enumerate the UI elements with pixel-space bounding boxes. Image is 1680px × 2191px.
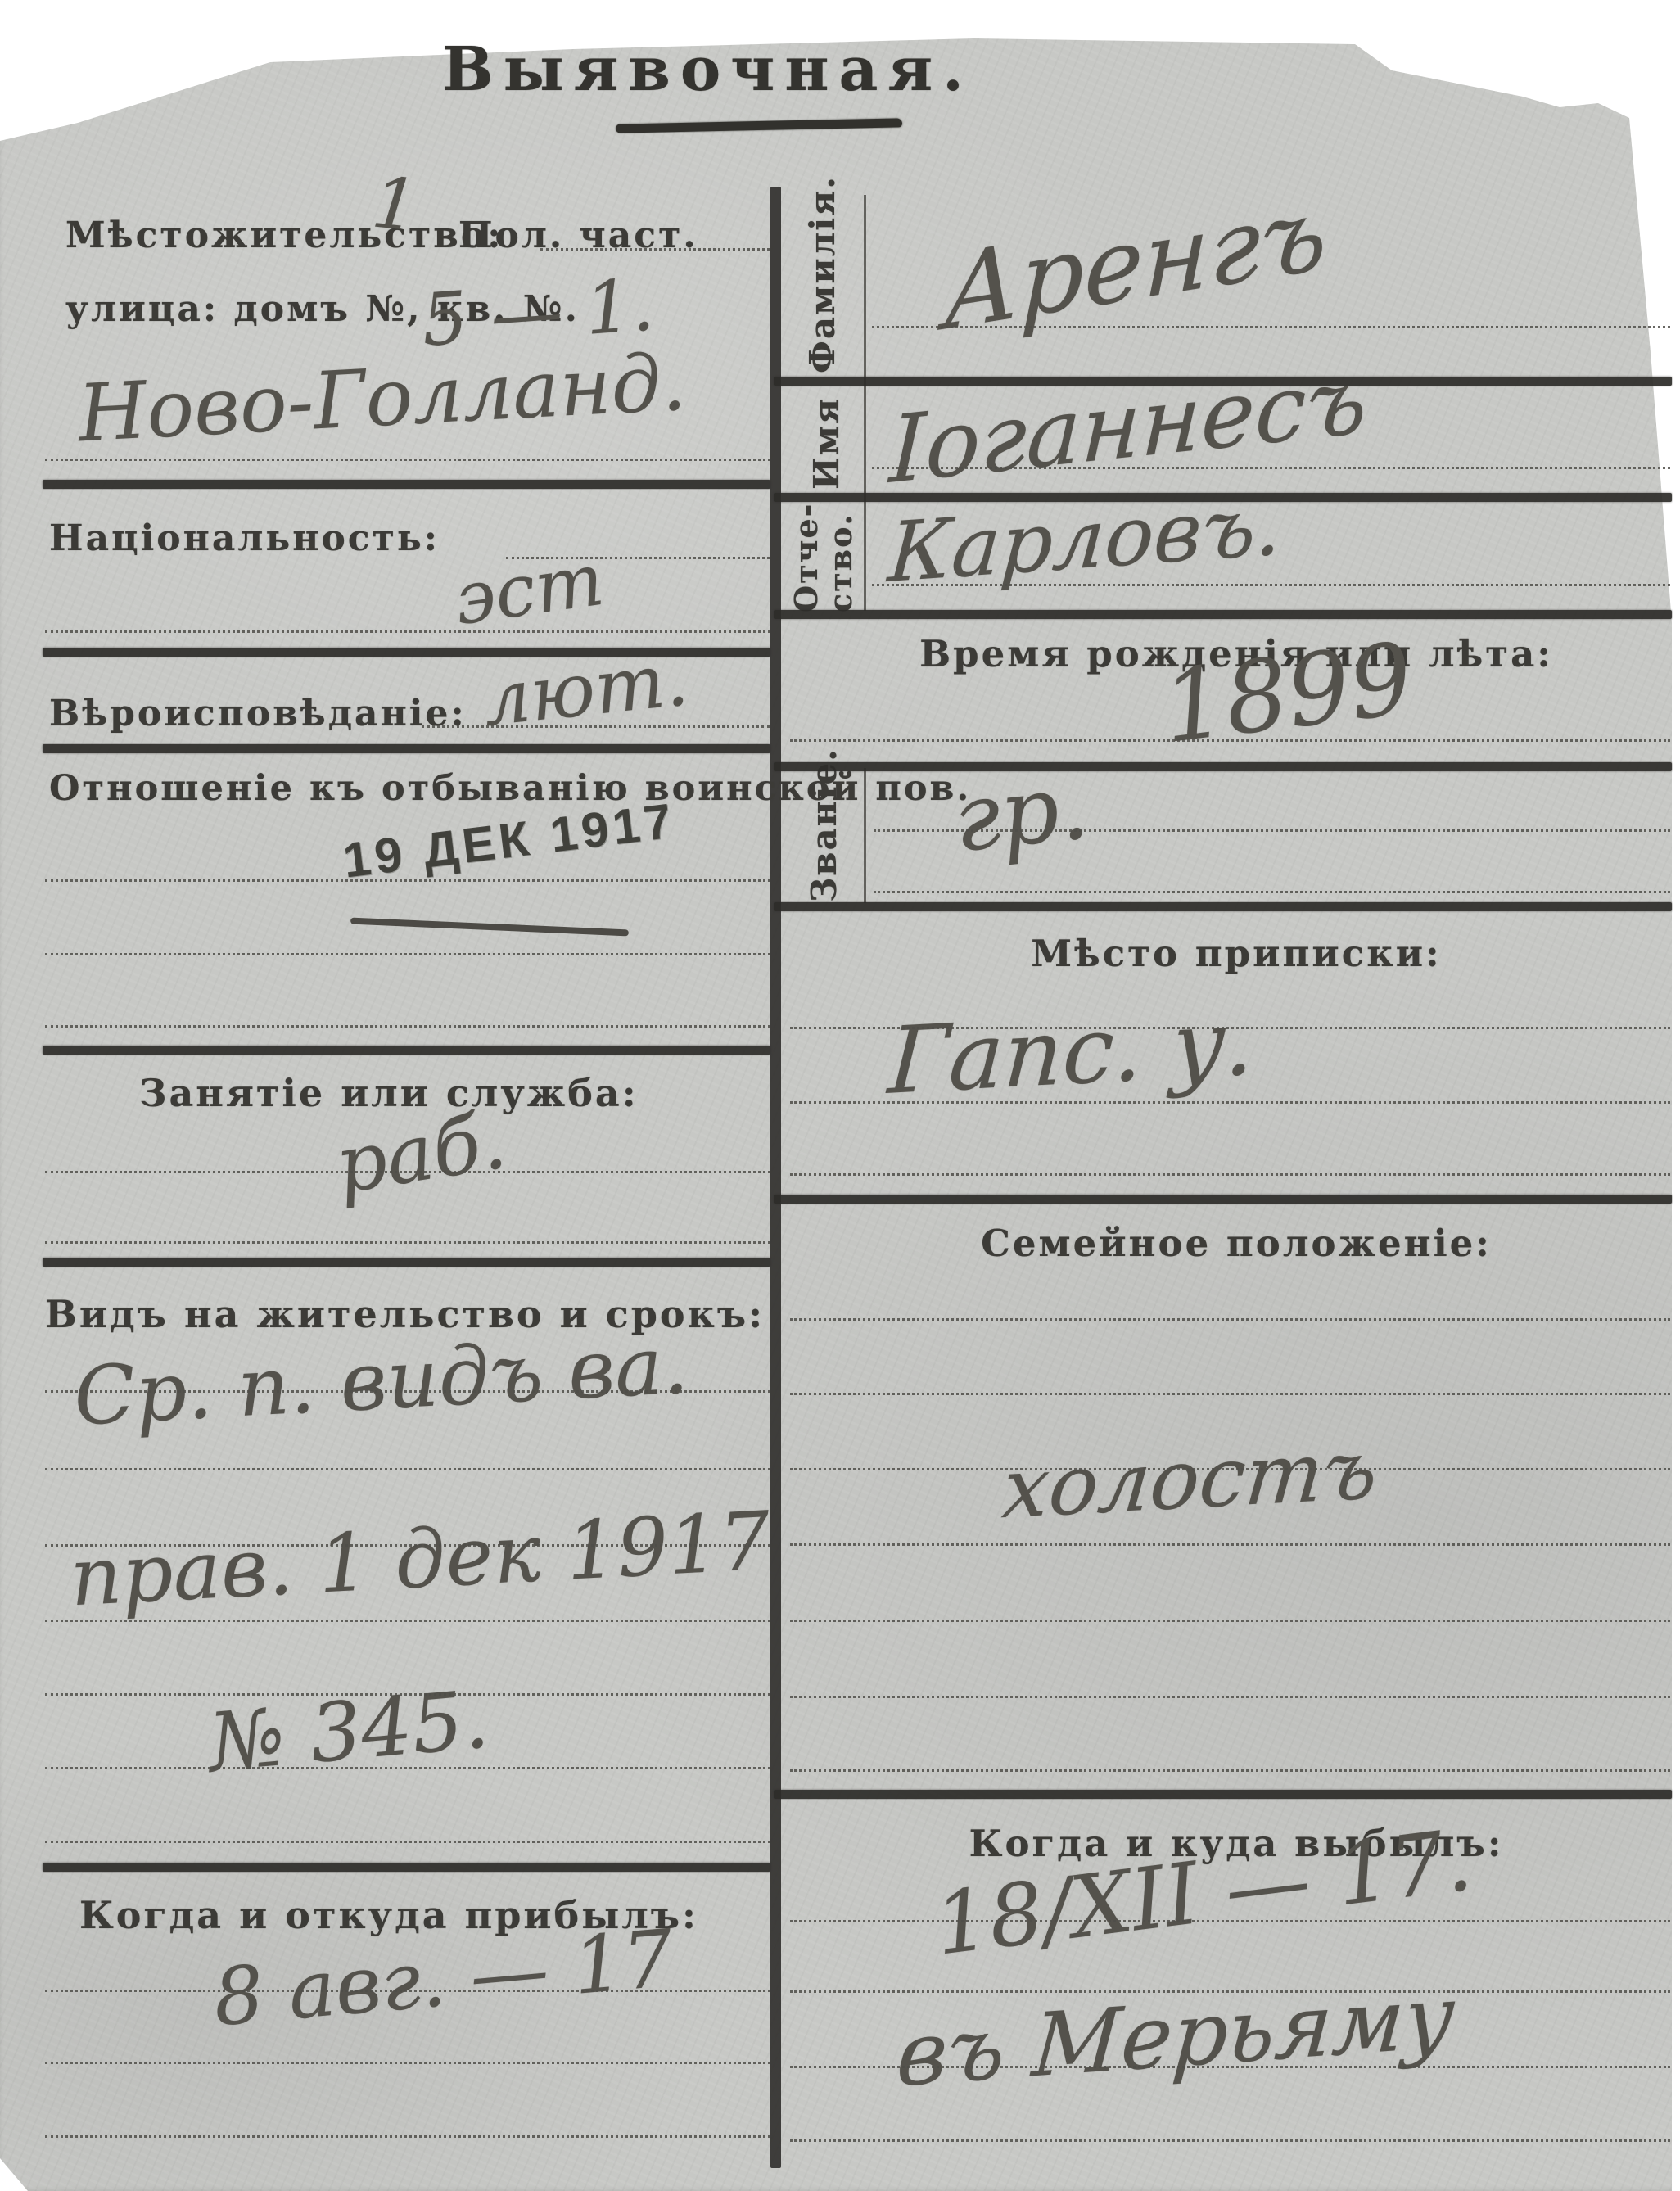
scanned-registration-card: Выявочная. Мѣстожительство: Пол. част. 1…: [0, 0, 1680, 2191]
ruled-dotted-line: [790, 1696, 1670, 1698]
section-separator-bar: [774, 762, 1672, 771]
ruled-dotted-line: [45, 1693, 770, 1696]
ruled-dotted-line: [790, 2066, 1670, 2068]
ruled-dotted-line: [872, 326, 1670, 328]
section-separator-bar: [43, 1863, 770, 1872]
section-separator-bar: [43, 480, 770, 489]
ruled-dotted-line: [45, 630, 770, 633]
registration-place-handwriting: Гапс. у.: [886, 989, 1258, 1115]
surname-label-rotated: Фамилія.: [802, 201, 842, 373]
ruled-dotted-line: [506, 557, 770, 559]
section-separator-bar: [774, 1790, 1672, 1799]
label-strip-line-top: [864, 195, 866, 611]
ruled-dotted-line: [872, 584, 1670, 586]
rank-label-rotated: Званіе.: [804, 771, 844, 902]
ruled-dotted-line: [872, 467, 1670, 469]
occupation-label: Занятіе или служба:: [45, 1071, 733, 1115]
police-part-value-handwriting: 1: [368, 161, 422, 247]
ruled-dotted-line: [45, 2135, 770, 2138]
section-separator-bar: [43, 1046, 770, 1055]
ruled-dotted-line: [790, 1393, 1670, 1395]
ruled-dotted-line: [790, 1027, 1670, 1029]
ruled-dotted-line: [45, 1468, 770, 1470]
ruled-dotted-line: [45, 1990, 770, 1992]
ruled-dotted-line: [45, 1767, 770, 1769]
section-separator-bar: [43, 648, 770, 657]
ruled-dotted-line: [790, 1543, 1670, 1546]
ruled-dotted-line: [45, 953, 770, 955]
ruled-dotted-line: [45, 1841, 770, 1843]
ruled-dotted-line: [540, 248, 770, 251]
ruled-dotted-line: [790, 1990, 1670, 1993]
section-separator-bar: [774, 377, 1672, 386]
ruled-dotted-line: [45, 1544, 770, 1547]
ruled-dotted-line: [790, 1318, 1670, 1321]
section-separator-bar: [774, 902, 1672, 911]
ruled-dotted-line: [874, 829, 1670, 832]
ruled-dotted-line: [45, 1025, 770, 1028]
ruled-dotted-line: [790, 1468, 1670, 1470]
ruled-dotted-line: [790, 739, 1670, 742]
family-status-handwriting: холостъ: [999, 1421, 1382, 1538]
section-separator-bar: [774, 610, 1672, 619]
ruled-dotted-line: [45, 1620, 770, 1622]
section-separator-bar: [43, 1258, 770, 1267]
ruled-dotted-line: [790, 1769, 1670, 1772]
ruled-dotted-line: [45, 1241, 770, 1244]
nationality-label: Національность:: [49, 517, 440, 559]
family-status-label: Семейное положеніе:: [868, 1222, 1605, 1265]
ruled-dotted-line: [45, 1390, 770, 1393]
residence-label: Мѣстожительство:: [65, 215, 503, 256]
religion-label: Вѣроисповѣданіе:: [49, 693, 467, 734]
document-title: Выявочная.: [442, 34, 950, 105]
firstname-label-rotated: Имя: [806, 391, 847, 490]
ruled-dotted-line: [45, 459, 770, 461]
ruled-dotted-line: [45, 879, 770, 882]
ruled-dotted-line: [790, 1620, 1670, 1622]
ruled-dotted-line: [790, 1173, 1670, 1176]
column-divider-line: [770, 187, 781, 2168]
ruled-dotted-line: [874, 891, 1670, 893]
section-separator-bar: [43, 744, 770, 753]
ruled-dotted-line: [790, 1920, 1670, 1922]
patronymic-label-rotated-line2: ство.: [822, 498, 859, 612]
ruled-dotted-line: [422, 725, 770, 728]
ruled-dotted-line: [790, 1101, 1670, 1104]
section-separator-bar: [774, 493, 1672, 502]
patronymic-label-rotated-line1: Отче-: [788, 498, 824, 612]
ruled-dotted-line: [45, 2062, 770, 2064]
ruled-dotted-line: [45, 1171, 770, 1173]
registration-place-label: Мѣсто приписки:: [868, 932, 1605, 975]
ruled-dotted-line: [790, 2139, 1670, 2142]
section-separator-bar: [774, 1195, 1672, 1204]
